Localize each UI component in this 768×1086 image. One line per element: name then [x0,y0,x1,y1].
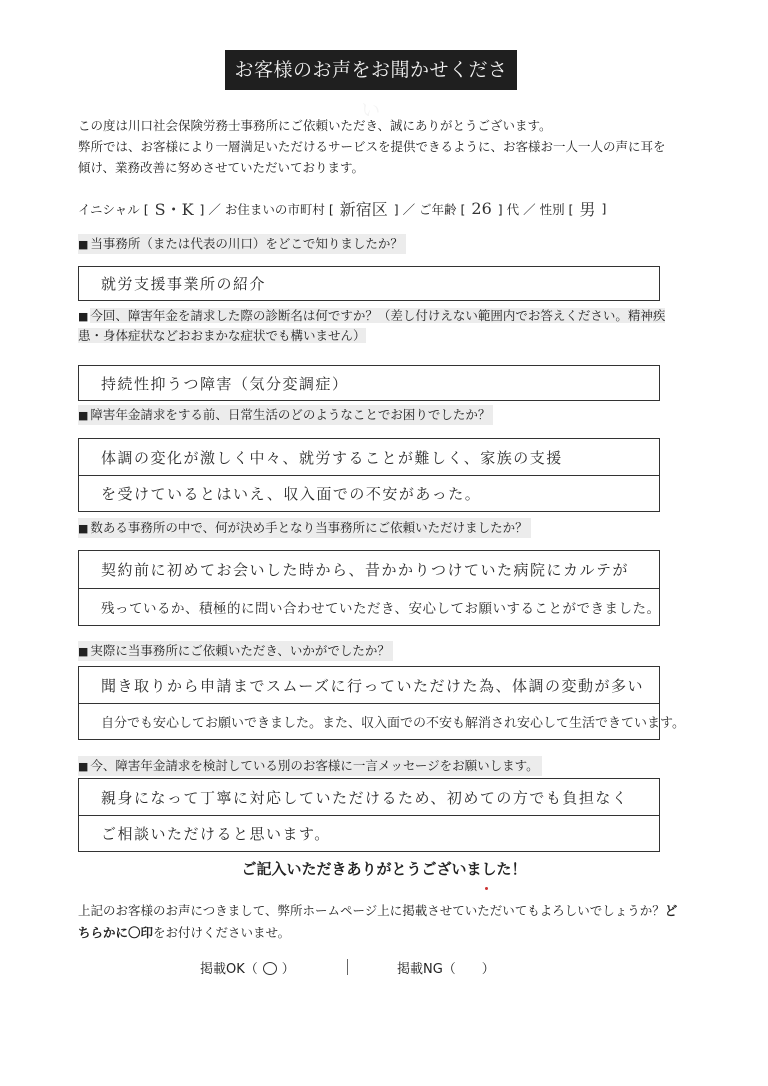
age-suffix: ] 代 ／ 性別 [ [498,200,574,218]
answer-box-6[interactable]: 親身になって丁寧に対応していただけるため、初めての方でも負担なく ご相談いただけ… [78,778,660,852]
ink-dot [485,887,488,890]
publish-ok-option[interactable]: 掲載OK（） [200,958,295,977]
question-6: 今、障害年金請求を検討している別のお客様に一言メッセージをお願いします。 [78,756,542,776]
circle-mark-icon [263,962,277,975]
gender-field[interactable]: 男 [579,197,595,220]
answer-box-3[interactable]: 体調の変化が激しく中々、就労することが難しく、家族の支援 を受けているとはいえ、… [78,438,660,512]
answer-line: 親身になって丁寧に対応していただけるため、初めての方でも負担なく [79,779,659,815]
residence-field[interactable]: 新宿区 [340,197,388,220]
customer-profile: イニシャル [ S・K ] ／ お住まいの市町村 [ 新宿区 ] ／ ご年齢 [… [78,197,606,220]
page-title: お客様のお声をお聞かせください [225,50,517,90]
consent-text: 上記のお客様のお声につきまして、弊所ホームページ上に掲載させていただいてもよろし… [78,903,665,918]
intro-line: 弊所では、お客様により一層満足いただけるサービスを提供できるように、お客様お一人… [78,136,678,157]
answer-line: 持続性抑うつ障害（気分変調症） [79,366,659,400]
residence-label: ] ／ お住まいの市町村 [ [200,200,334,218]
answer-box-5[interactable]: 聞き取りから申請までスムーズに行っていただけた為、体調の変動が多い 自分でも安心… [78,666,660,740]
answer-box-1[interactable]: 就労支援事業所の紹介 [78,266,660,301]
age-field[interactable]: 26 [471,199,491,218]
answer-box-2[interactable]: 持続性抑うつ障害（気分変調症） [78,365,660,401]
answer-line: 自分でも安心してお願いできました。また、収入面での不安も解消され安心して生活でき… [79,703,659,739]
publish-ok-close: ） [282,962,295,977]
answer-line: 就労支援事業所の紹介 [79,267,659,300]
question-2: 今回、障害年金を請求した際の診断名は何ですか？（差し付けえない範囲内でお答えくだ… [78,306,671,345]
answer-line: ご相談いただけると思います。 [79,815,659,851]
answer-line: 残っているか、積極的に問い合わせていただき、安心してお願いすることができました。 [79,588,659,625]
intro-text: この度は川口社会保険労務士事務所にご依頼いただき、誠にありがとうございます。 弊… [78,115,678,178]
intro-line: 傾け、業務改善に努めさせていただいております。 [78,157,678,178]
answer-box-4[interactable]: 契約前に初めてお会いした時から、昔かかりつけていた病院にカルテが 残っているか、… [78,550,660,626]
publish-ng-option[interactable]: 掲載NG（ ） [397,958,495,977]
answer-line: 契約前に初めてお会いした時から、昔かかりつけていた病院にカルテが [79,551,659,588]
consent-instruction: をお付けくださいませ。 [153,925,290,940]
answer-line: を受けているとはいえ、収入面での不安があった。 [79,475,659,511]
answer-line: 体調の変化が激しく中々、就労することが難しく、家族の支援 [79,439,659,475]
publish-ok-label: 掲載OK（ [200,962,258,977]
consent-note: 上記のお客様のお声につきまして、弊所ホームページ上に掲載させていただいてもよろし… [78,900,678,944]
initial-label: イニシャル [ [78,200,149,218]
option-divider [347,959,348,975]
question-1: 当事務所（または代表の川口）をどこで知りましたか？ [78,234,406,254]
question-5: 実際に当事務所にご依頼いただき、いかがでしたか？ [78,641,393,661]
age-label: ] ／ ご年齢 [ [394,200,466,218]
question-3: 障害年金請求をする前、日常生活のどのようなことでお困りでしたか？ [78,405,493,425]
intro-line: この度は川口社会保険労務士事務所にご依頼いただき、誠にありがとうございます。 [78,115,678,136]
initial-field[interactable]: S・K [155,197,194,220]
answer-line: 聞き取りから申請までスムーズに行っていただけた為、体調の変動が多い [79,667,659,703]
thank-you-heading: ご記入いただきありがとうございました！ [0,858,768,879]
profile-close: ] [601,201,606,216]
question-4: 数ある事務所の中で、何が決め手となり当事務所にご依頼いただけましたか？ [78,518,531,538]
question-2-text: 今回、障害年金を請求した際の診断名は何ですか？（差し付けえない範囲内でお答えくだ… [78,308,665,343]
